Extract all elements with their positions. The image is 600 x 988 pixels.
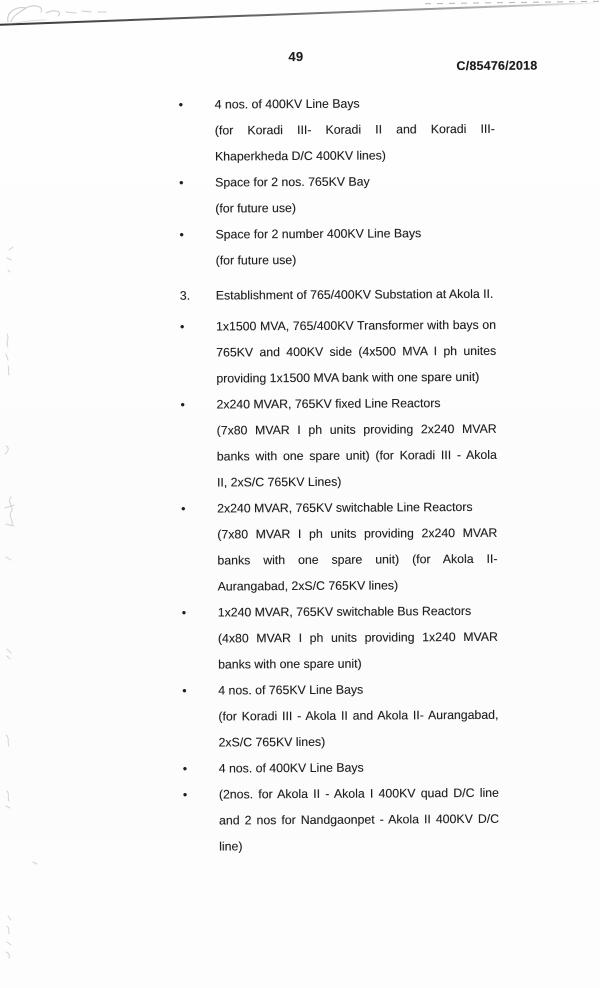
bullet-icon: •: [182, 678, 212, 704]
continuation-line: (4x80 MVAR I ph units providing 1x240 MV…: [182, 624, 498, 652]
doc-line-text: banks with one spare unit) (for Akola II…: [217, 546, 497, 574]
document-body: • 4 nos. of 400KV Line Bays (for Koradi …: [179, 90, 500, 860]
doc-line-text: (for future use): [215, 246, 495, 274]
doc-line-text: 4 nos. of 400KV Line Bays: [219, 754, 499, 782]
numbered-item: 3. Establishment of 765/400KV Substation…: [180, 281, 496, 309]
doc-line-text: 765KV and 400KV side (4x500 MVA I ph uni…: [216, 338, 496, 366]
document-reference: C/85476/2018: [456, 59, 537, 73]
bullet-item: • 4 nos. of 400KV Line Bays: [183, 754, 499, 782]
continuation-line: banks with one spare unit) (for Akola II…: [181, 546, 497, 574]
doc-line-text: Aurangabad, 2xS/C 765KV lines): [217, 572, 497, 600]
bullet-icon: •: [179, 92, 209, 118]
continuation-line: line): [183, 832, 499, 860]
doc-line-text: Space for 2 nos. 765KV Bay: [215, 168, 495, 196]
continuation-line: providing 1x1500 MVA bank with one spare…: [180, 364, 496, 392]
continuation-line: (for future use): [179, 246, 495, 274]
doc-line-text: II, 2xS/C 765KV Lines): [217, 468, 497, 496]
bullet-icon: •: [182, 600, 212, 626]
continuation-line: Aurangabad, 2xS/C 765KV lines): [181, 572, 497, 600]
doc-line-text: 4 nos. of 400KV Line Bays: [215, 90, 495, 118]
continuation-line: (7x80 MVAR I ph units providing 2x240 MV…: [181, 416, 497, 444]
bullet-item: • (2nos. for Akola II - Akola I 400KV qu…: [183, 780, 499, 808]
doc-line-text: and 2 nos for Nandgaonpet - Akola II 400…: [219, 806, 499, 834]
bullet-item: • Space for 2 nos. 765KV Bay: [179, 168, 495, 196]
bullet-item: • Space for 2 number 400KV Line Bays: [179, 220, 495, 248]
bullet-item: • 1x1500 MVA, 765/400KV Transformer with…: [180, 312, 496, 340]
bullet-item: • 2x240 MVAR, 765KV fixed Line Reactors: [180, 390, 496, 418]
continuation-line: (for Koradi III- Koradi II and Koradi II…: [179, 116, 495, 144]
bullet-item: • 4 nos. of 765KV Line Bays: [182, 676, 498, 704]
doc-line-text: 2xS/C 765KV lines): [218, 728, 498, 756]
doc-line-text: Establishment of 765/400KV Substation at…: [216, 281, 496, 309]
doc-line-text: (4x80 MVAR I ph units providing 1x240 MV…: [218, 624, 498, 652]
doc-line-text: banks with one spare unit) (for Koradi I…: [217, 442, 497, 470]
bullet-item: • 1x240 MVAR, 765KV switchable Bus React…: [182, 598, 498, 626]
continuation-line: 2xS/C 765KV lines): [182, 728, 498, 756]
doc-line-text: (7x80 MVAR I ph units providing 2x240 MV…: [217, 520, 497, 548]
doc-line-text: 1x240 MVAR, 765KV switchable Bus Reactor…: [218, 598, 498, 626]
continuation-line: (for future use): [179, 194, 495, 222]
continuation-line: and 2 nos for Nandgaonpet - Akola II 400…: [183, 806, 499, 834]
bullet-icon: •: [180, 392, 210, 418]
continuation-line: 765KV and 400KV side (4x500 MVA I ph uni…: [180, 338, 496, 366]
continuation-line: banks with one spare unit): [182, 650, 498, 678]
doc-line-text: 1x1500 MVA, 765/400KV Transformer with b…: [216, 312, 496, 340]
page-content: 49 C/85476/2018 • 4 nos. of 400KV Line B…: [0, 0, 600, 988]
doc-line-text: 4 nos. of 765KV Line Bays: [218, 676, 498, 704]
doc-line-text: line): [219, 832, 499, 860]
bullet-icon: •: [179, 170, 209, 196]
continuation-line: banks with one spare unit) (for Koradi I…: [181, 442, 497, 470]
doc-line-text: (7x80 MVAR I ph units providing 2x240 MV…: [217, 416, 497, 444]
continuation-line: (for Koradi III - Akola II and Akola II-…: [182, 702, 498, 730]
bullet-icon: •: [183, 782, 213, 808]
scanned-page: 49 C/85476/2018 • 4 nos. of 400KV Line B…: [0, 0, 600, 988]
bullet-icon: •: [179, 222, 209, 248]
doc-line-text: banks with one spare unit): [218, 650, 498, 678]
doc-line-text: (for future use): [215, 194, 495, 222]
doc-line-text: (for Koradi III - Akola II and Akola II-…: [218, 702, 498, 730]
bullet-icon: •: [183, 756, 213, 782]
bullet-icon: •: [180, 314, 210, 340]
bullet-icon: •: [181, 496, 211, 522]
doc-line-text: (2nos. for Akola II - Akola I 400KV quad…: [219, 780, 499, 808]
doc-line-text: providing 1x1500 MVA bank with one spare…: [216, 364, 496, 392]
bullet-item: • 4 nos. of 400KV Line Bays: [179, 90, 495, 118]
page-number: 49: [288, 49, 303, 64]
continuation-line: Khaperkheda D/C 400KV lines): [179, 142, 495, 170]
doc-line-text: 2x240 MVAR, 765KV fixed Line Reactors: [216, 390, 496, 418]
item-number: 3.: [180, 283, 210, 309]
doc-line-text: (for Koradi III- Koradi II and Koradi II…: [215, 116, 495, 144]
doc-line-text: Space for 2 number 400KV Line Bays: [215, 220, 495, 248]
continuation-line: (7x80 MVAR I ph units providing 2x240 MV…: [181, 520, 497, 548]
bullet-item: • 2x240 MVAR, 765KV switchable Line Reac…: [181, 494, 497, 522]
continuation-line: II, 2xS/C 765KV Lines): [181, 468, 497, 496]
doc-line-text: Khaperkheda D/C 400KV lines): [215, 142, 495, 170]
doc-line-text: 2x240 MVAR, 765KV switchable Line Reacto…: [217, 494, 497, 522]
